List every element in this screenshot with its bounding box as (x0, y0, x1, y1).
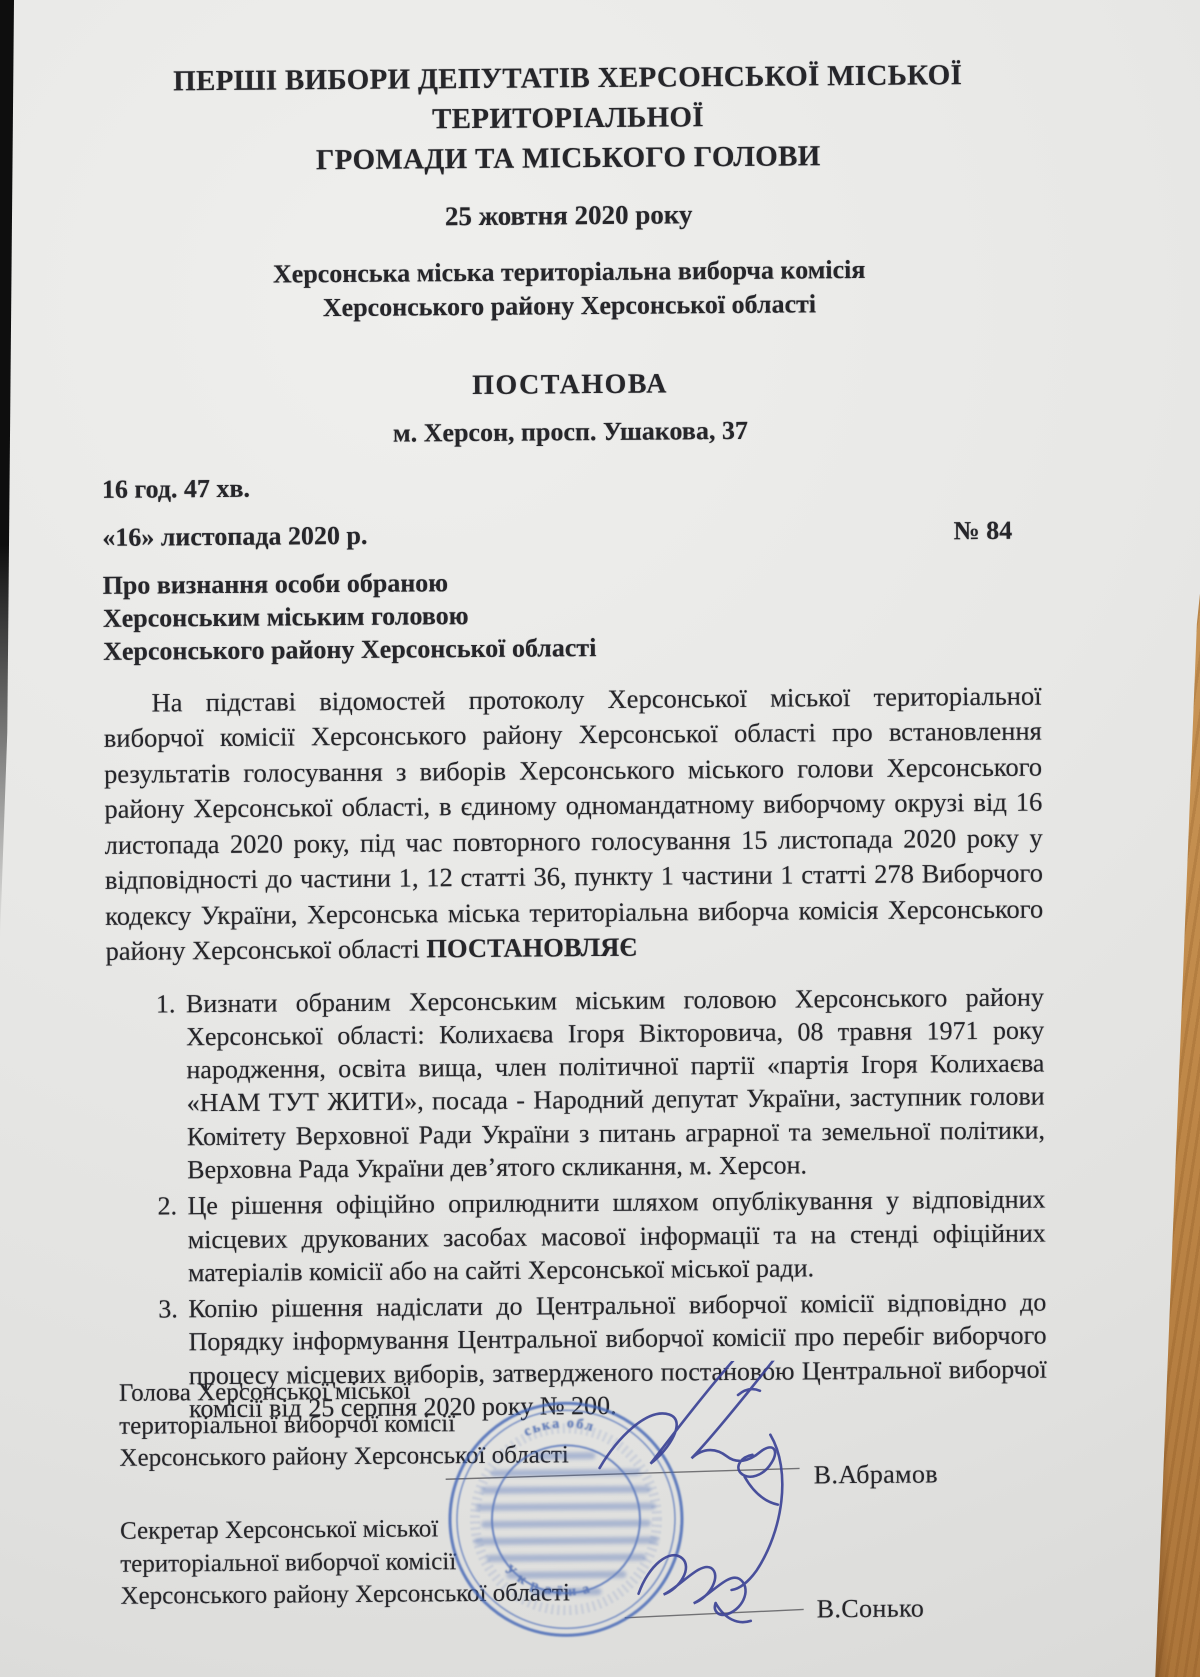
document-page: ПЕРШІ ВИБОРИ ДЕПУТАТІВ ХЕРСОНСЬКОЇ МІСЬК… (0, 0, 1200, 1677)
resolution-item-2: Це рішення офіційно оприлюднити шляхом о… (183, 1183, 1046, 1290)
preamble-text: На підставі відомостей протоколу Херсонс… (104, 680, 1044, 966)
round-stamp: ська обл Україна (449, 1402, 683, 1636)
resolution-item-1: Визнати обраним Херсонським міським голо… (182, 980, 1046, 1186)
document-time: 16 год. 47 хв. (102, 467, 1040, 504)
document-address: м. Херсон, просп. Ушакова, 37 (101, 413, 1039, 450)
election-title: ПЕРШІ ВИБОРИ ДЕПУТАТІВ ХЕРСОНСЬКОЇ МІСЬК… (99, 55, 1038, 182)
subject-line3: Херсонського району Херсонської області (103, 627, 1041, 667)
document-subject: Про визнання особи обраною Херсонським м… (102, 561, 1041, 667)
date-number-row: «16» листопада 2020 р. № 84 (102, 515, 1040, 552)
commission-name: Херсонська міська територіальна виборча … (100, 252, 1039, 327)
document-date: «16» листопада 2020 р. (102, 520, 367, 552)
document-number: № 84 (953, 515, 1012, 545)
document-content: ПЕРШІ ВИБОРИ ДЕПУТАТІВ ХЕРСОНСЬКОЇ МІСЬК… (0, 0, 1200, 1677)
stamp-and-signatures-overlay: ська обл Україна (7, 1357, 1200, 1677)
document-type-title: ПОСТАНОВА (101, 365, 1039, 404)
commission-name-line2: Херсонського району Херсонської області (100, 285, 1038, 326)
signature-area: Голова Херсонської міської територіально… (7, 1357, 1200, 1677)
stamp-top-arc-text: ська обл (522, 1416, 597, 1440)
resolves-word: ПОСТАНОВЛЯЄ (426, 932, 637, 964)
election-title-line1: ПЕРШІ ВИБОРИ ДЕПУТАТІВ ХЕРСОНСЬКОЇ МІСЬК… (99, 55, 1038, 142)
election-title-line2: ГРОМАДИ ТА МІСЬКОГО ГОЛОВИ (99, 135, 1037, 182)
photo-background: ПЕРШІ ВИБОРИ ДЕПУТАТІВ ХЕРСОНСЬКОЇ МІСЬК… (0, 0, 1200, 1677)
stamp-inner-text-lines (473, 1452, 658, 1596)
preamble-paragraph: На підставі відомостей протоколу Херсонс… (103, 678, 1043, 969)
election-date: 25 жовтня 2020 року (100, 197, 1038, 235)
